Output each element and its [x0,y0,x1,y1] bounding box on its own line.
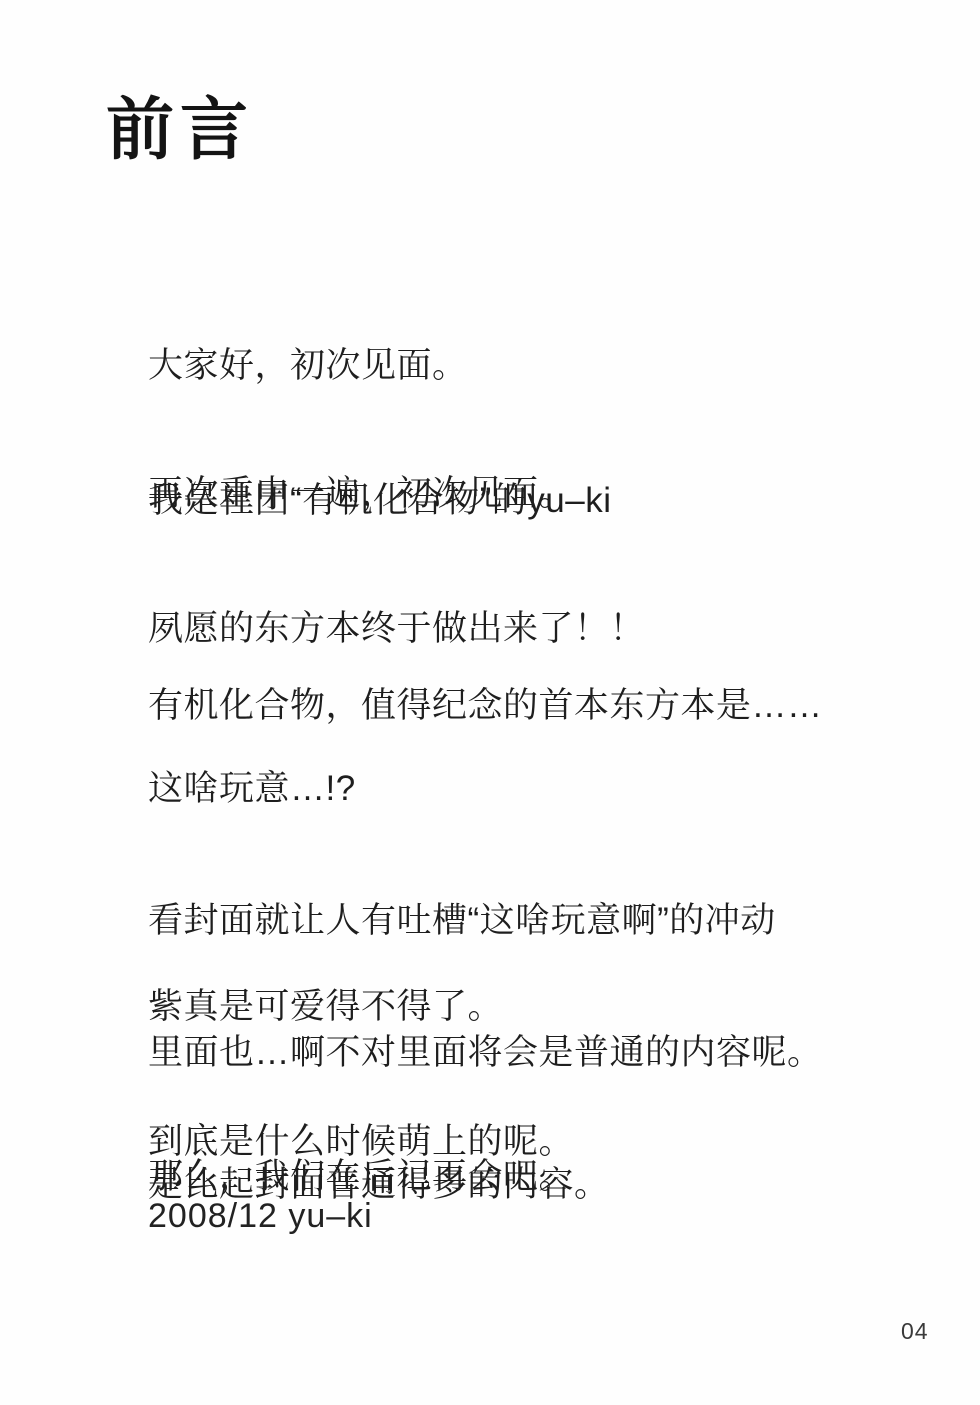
page-number: 04 [901,1320,929,1343]
signature: 2008/12 yu–ki [148,1194,373,1239]
preface-page: 前言 大家好，初次见面。 我是社团“有机化合物”的yu–ki 再次重申一遍，初次… [0,0,980,1405]
text-line: 那么，我们在后记再会吧。 [148,1154,574,1199]
text-line: 紫真是可爱得不得了。 [148,984,574,1029]
page-title: 前言 [106,96,254,164]
paragraph-closing: 那么，我们在后记再会吧。 [148,1064,574,1289]
text-line: 再次重申一遍，初次见面。 [148,471,645,516]
text-line: 这啥玩意…!? [148,767,823,811]
